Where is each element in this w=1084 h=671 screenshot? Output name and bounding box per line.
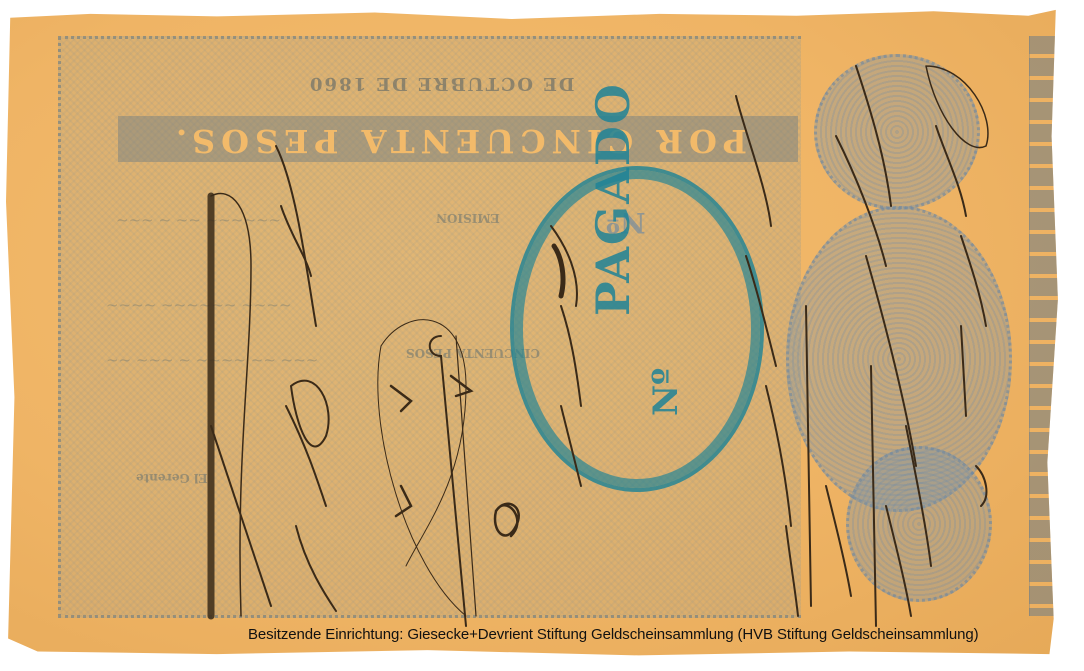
value-band-text-wrap: POR CINCUENTA PESOS.: [118, 122, 798, 160]
value-band-text: POR CINCUENTA PESOS.: [170, 122, 747, 160]
show-through-script-3: ~~ ~~~ ~ ~~~~ ~~ ~~~: [106, 351, 318, 369]
medallion-bottom: [846, 446, 992, 602]
banknote: DE OCTUBRE DE 1860 POR CINCUENTA PESOS. …: [6, 6, 1060, 658]
date-line-text: DE OCTUBRE DE 1860: [308, 73, 575, 94]
label-gerente-text: El Gerente: [136, 471, 208, 485]
medallion-top: [814, 54, 980, 210]
label-emision-text: EMISION: [436, 211, 500, 225]
show-through-value-band: POR CINCUENTA PESOS.: [118, 116, 798, 162]
show-through-script-2: ~~~~ ~~~~~~ ~~~~: [106, 296, 292, 314]
border-band: [1029, 36, 1058, 616]
show-through-label-emision: EMISION: [436, 211, 500, 225]
image-caption: Besitzende Einrichtung: Giesecke+Devrien…: [248, 626, 978, 643]
paid-stamp-number: Nº: [646, 368, 686, 416]
paid-stamp-text: PAGADO: [586, 82, 640, 316]
show-through-label-gerente: El Gerente: [136, 471, 208, 485]
show-through-script-1: ~~~ ~ ~~ ~~~~~~: [116, 211, 281, 229]
